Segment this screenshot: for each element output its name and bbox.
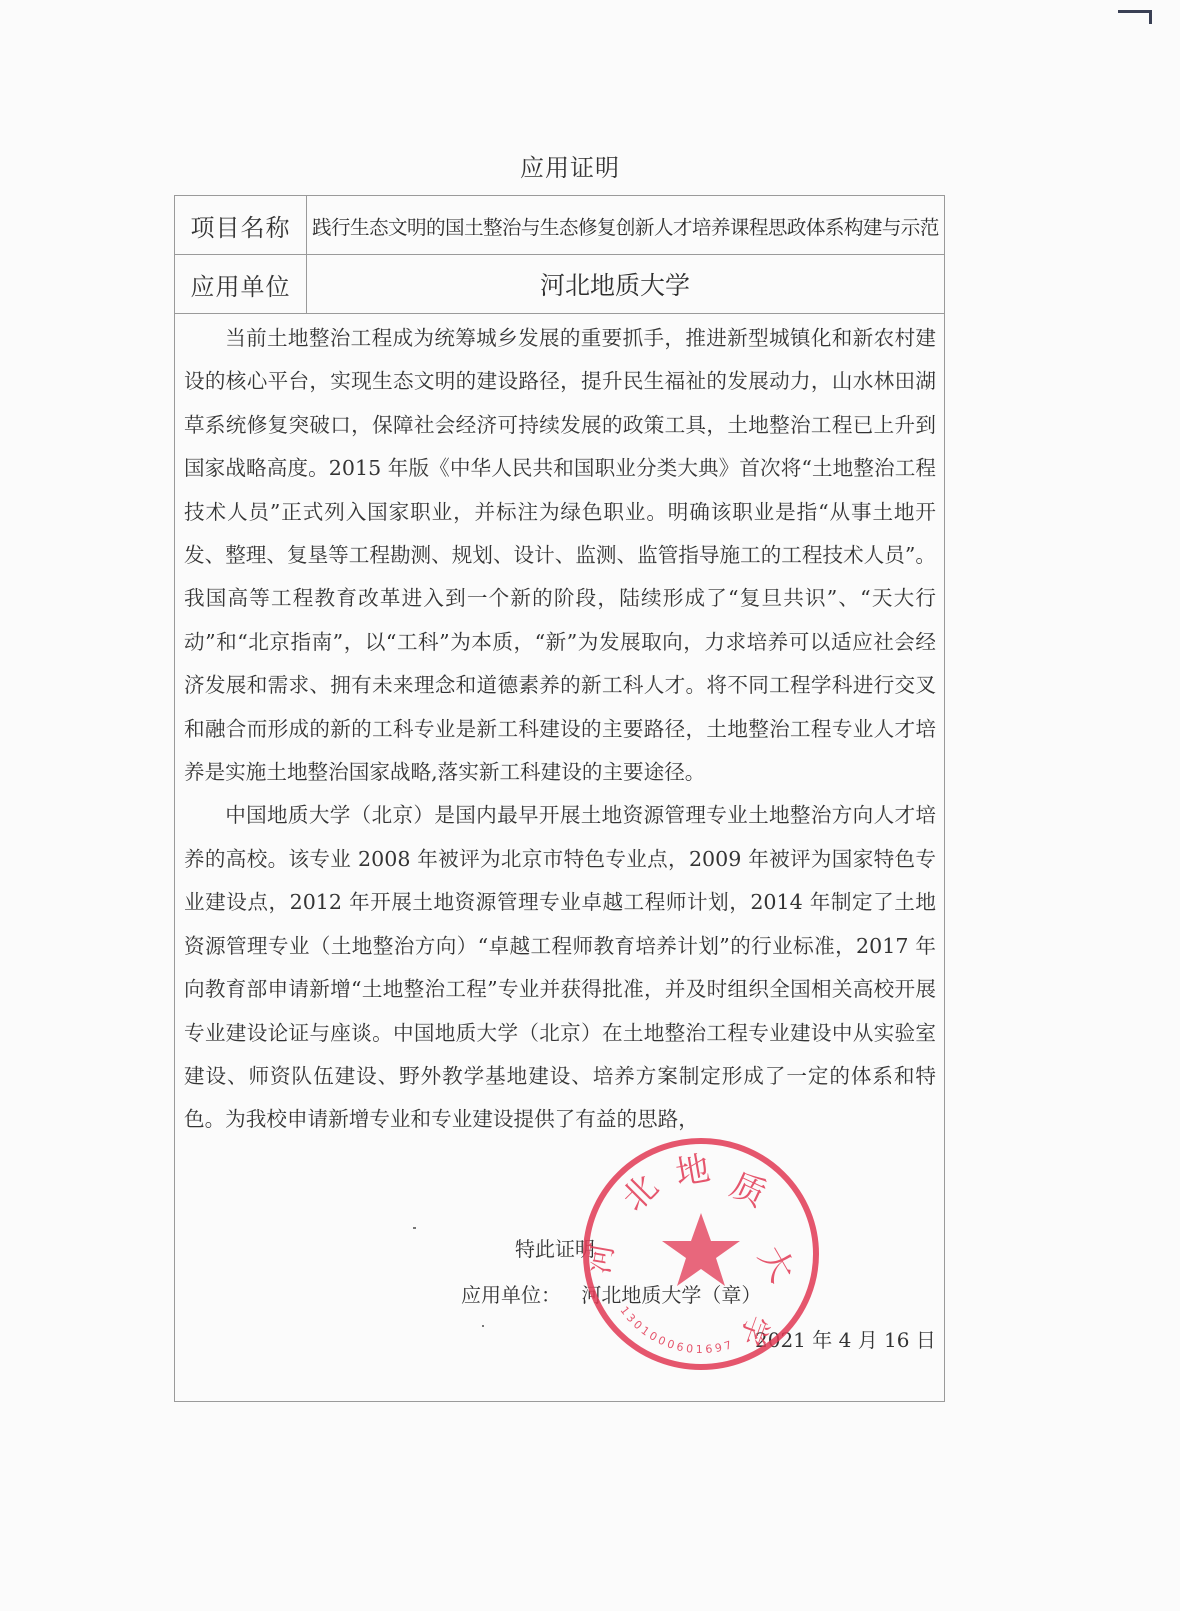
scan-speck xyxy=(482,1325,484,1327)
body-paragraph-2: 中国地质大学（北京）是国内最早开展土地资源管理专业土地整治方向人才培养的高校。该… xyxy=(184,794,936,1141)
certificate-body: 当前土地整治工程成为统筹城乡发展的重要抓手，推进新型城镇化和新农村建设的核心平台… xyxy=(184,317,936,1142)
project-name-label: 项目名称 xyxy=(175,196,307,254)
body-paragraph-1: 当前土地整治工程成为统筹城乡发展的重要抓手，推进新型城镇化和新农村建设的核心平台… xyxy=(184,317,936,794)
scan-corner-mark xyxy=(1118,10,1152,24)
scan-speck xyxy=(413,1227,416,1229)
applying-unit-row: 应用单位 河北地质大学 xyxy=(175,255,944,314)
signature-date: 2021 年 4 月 16 日 xyxy=(755,1324,936,1353)
signature-unit-name: 河北地质大学（章） xyxy=(581,1283,761,1307)
signature-unit: 应用单位： 河北地质大学（章） xyxy=(461,1279,761,1308)
project-name-value: 践行生态文明的国土整治与生态修复创新人才培养课程思政体系构建与示范 xyxy=(306,196,944,254)
project-name-row: 项目名称 践行生态文明的国土整治与生态修复创新人才培养课程思政体系构建与示范 xyxy=(175,196,944,255)
document-title: 应用证明 xyxy=(0,148,1140,183)
applying-unit-value: 河北地质大学 xyxy=(306,255,944,313)
certify-statement: 特此证明 xyxy=(515,1233,595,1262)
certificate-form: 项目名称 践行生态文明的国土整治与生态修复创新人才培养课程思政体系构建与示范 应… xyxy=(174,195,945,1402)
applying-unit-label: 应用单位 xyxy=(175,255,307,313)
signature-unit-label: 应用单位： xyxy=(461,1283,561,1307)
